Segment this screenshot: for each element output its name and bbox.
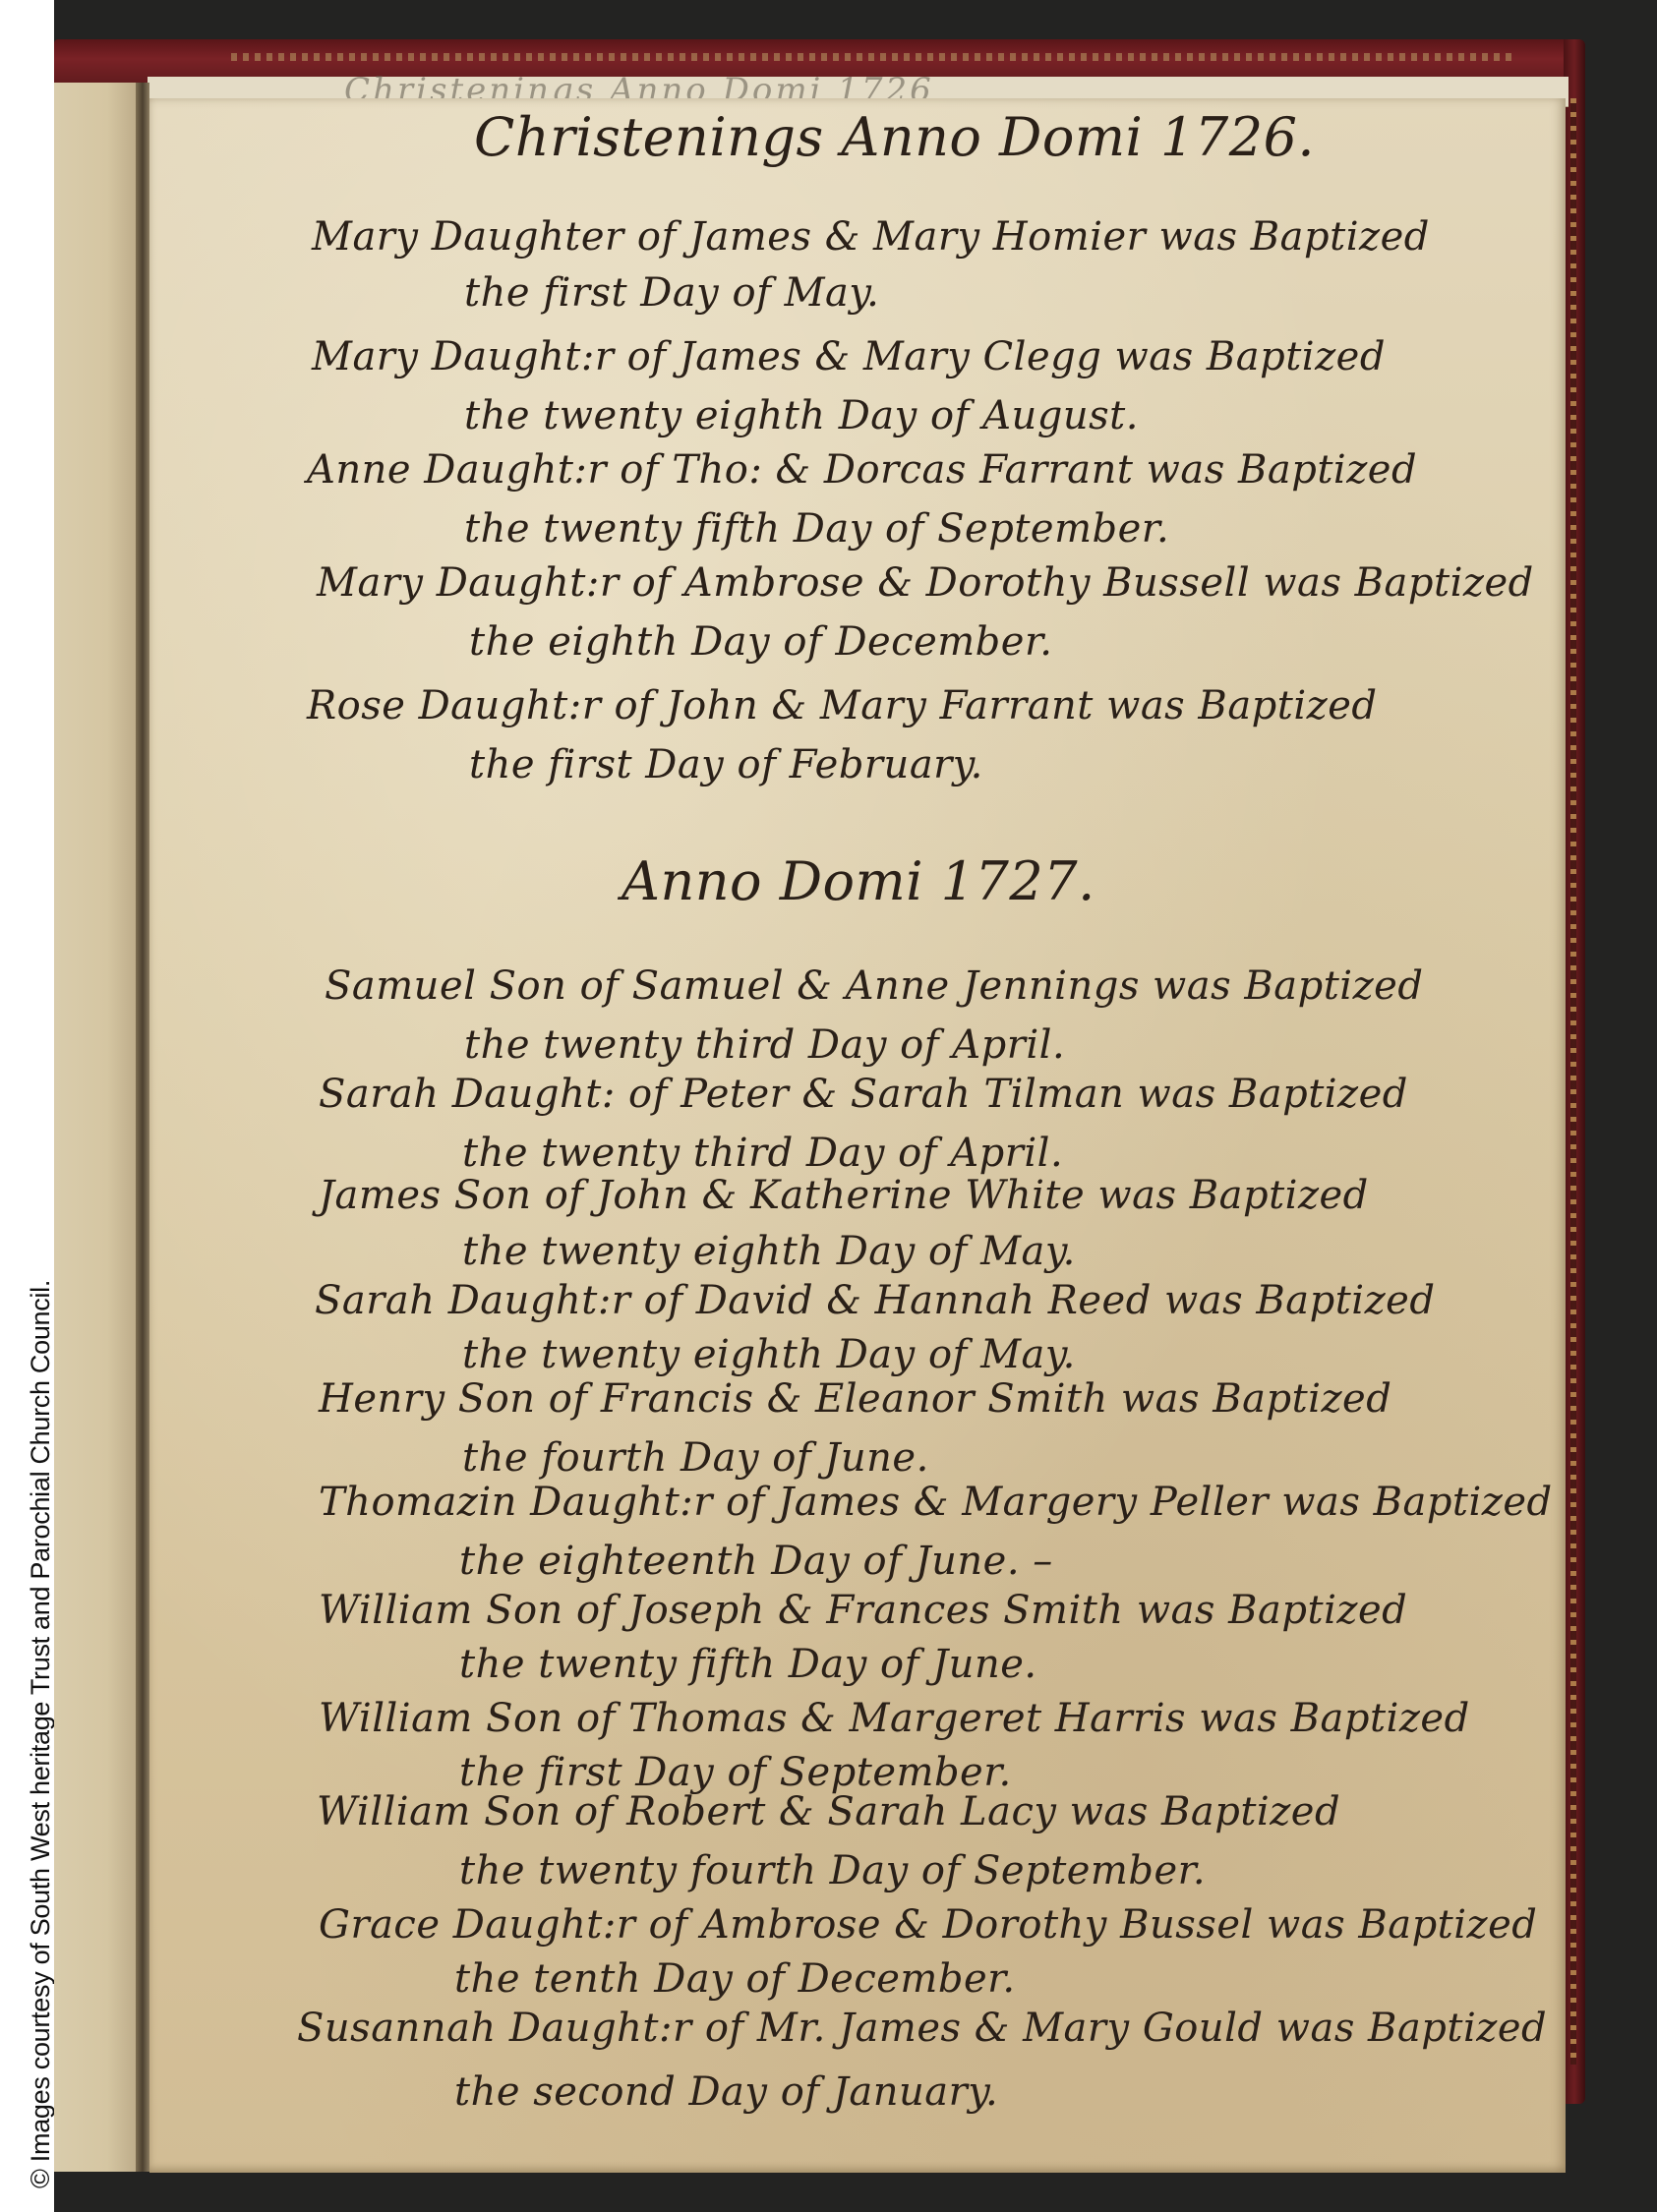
register-page: Christenings Anno Domi 1726. Mary Daught… [149,98,1566,2173]
entry-date-line: the first Day of February. [469,742,983,787]
copyright-credit: © Images courtesy of South West heritage… [27,1280,54,2188]
entry-name-line: Sarah Daught:r of David & Hannah Reed wa… [315,1278,1435,1323]
entry-name-line: Grace Daught:r of Ambrose & Dorothy Buss… [319,1902,1537,1948]
entry-date-line: the eighteenth Day of June. – [459,1539,1053,1584]
book-binding-right [1564,39,1585,2104]
entry-date-line: the second Day of January. [454,2069,998,2115]
entry-name-line: William Son of Joseph & Frances Smith wa… [319,1588,1407,1633]
book-gutter [136,83,149,2172]
gilt-tooling [1570,98,1576,2065]
entry-name-line: Mary Daught:r of James & Mary Clegg was … [312,334,1386,379]
facing-page-stub [54,83,143,2172]
entry-name-line: Susannah Daught:r of Mr. James & Mary Go… [297,2006,1547,2051]
entry-date-line: the eighth Day of December. [469,619,1052,665]
entry-name-line: William Son of Robert & Sarah Lacy was B… [317,1789,1340,1834]
entry-date-line: the tenth Day of December. [454,1956,1016,2002]
entry-date-line: the twenty fourth Day of September. [459,1848,1206,1893]
entry-date-line: the twenty eighth Day of August. [464,393,1139,438]
entry-name-line: Henry Son of Francis & Eleanor Smith was… [319,1376,1391,1422]
section-heading: Christenings Anno Domi 1726. [474,106,1315,168]
entry-name-line: Thomazin Daught:r of James & Margery Pel… [319,1480,1553,1525]
entry-name-line: Anne Daught:r of Tho: & Dorcas Farrant w… [307,447,1417,493]
gilt-tooling [231,53,1514,61]
entry-name-line: Mary Daughter of James & Mary Homier was… [312,214,1430,260]
entry-date-line: the twenty fifth Day of September. [464,506,1169,552]
entry-name-line: Sarah Daught: of Peter & Sarah Tilman wa… [319,1072,1408,1117]
entry-name-line: Rose Daught:r of John & Mary Farrant was… [307,683,1377,728]
entry-date-line: the twenty third Day of April. [462,1131,1063,1176]
entry-name-line: James Son of John & Katherine White was … [319,1173,1369,1218]
entry-date-line: the twenty eighth Day of May. [462,1332,1076,1377]
entry-date-line: the first Day of May. [464,270,879,316]
entry-date-line: the twenty fifth Day of June. [459,1642,1037,1687]
entry-name-line: Mary Daught:r of Ambrose & Dorothy Busse… [317,560,1534,606]
section-heading: Anno Domi 1727. [621,850,1095,912]
entry-name-line: William Son of Thomas & Margeret Harris … [319,1696,1470,1741]
entry-date-line: the twenty eighth Day of May. [462,1229,1076,1274]
entry-name-line: Samuel Son of Samuel & Anne Jennings was… [325,963,1423,1009]
entry-date-line: the twenty third Day of April. [464,1022,1065,1068]
credit-strip: © Images courtesy of South West heritage… [0,0,54,2212]
entry-date-line: the fourth Day of June. [462,1435,929,1481]
